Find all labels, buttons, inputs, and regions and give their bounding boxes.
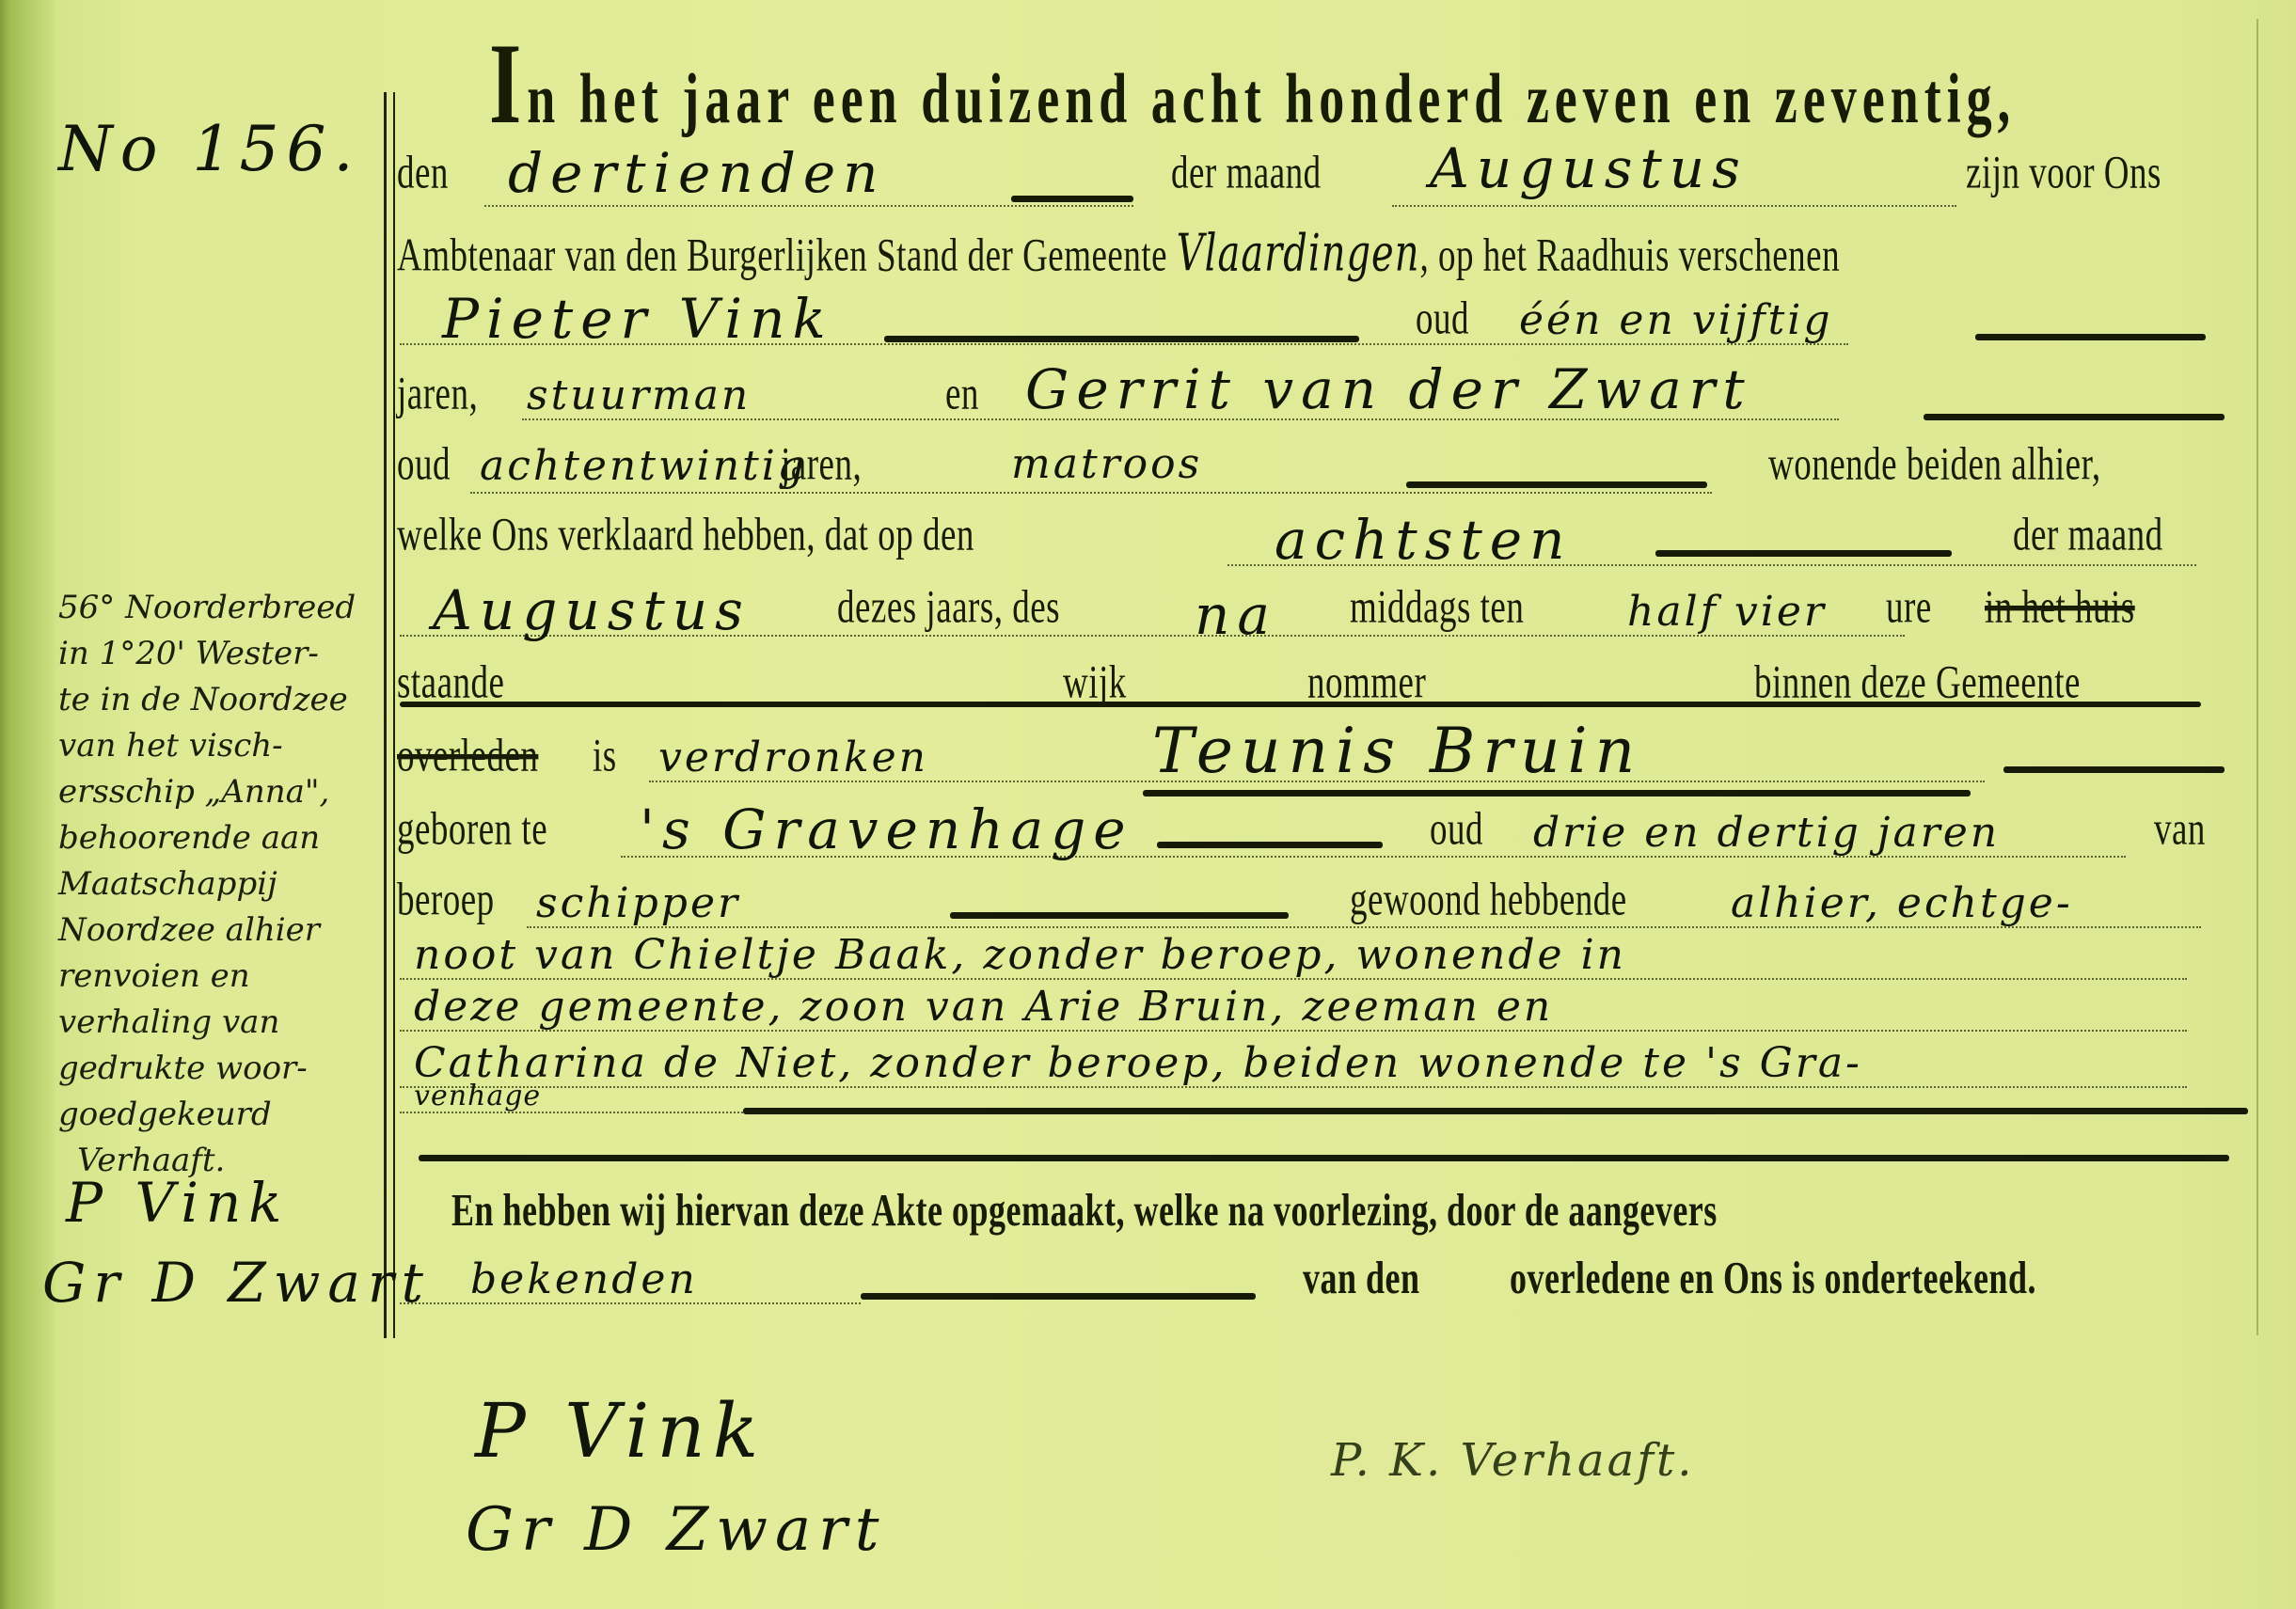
margin-note-line: Noordzee alhier [58, 907, 378, 954]
closing-overledene: overledene en Ons is onderteekend. [1510, 1251, 2036, 1304]
line1-dots2 [1392, 205, 1956, 207]
line7-struck-in-het-huis: in het huis [1985, 580, 2135, 635]
parents-line-c: venhage [414, 1080, 541, 1112]
deceased-underline [1143, 790, 1971, 797]
line2-text-b: , op het Raadhuis verschenen [1420, 229, 1841, 281]
line5-oud: oud [397, 437, 451, 492]
declarant1-age: één en vijftig [1519, 296, 1833, 344]
drop-cap: I [489, 21, 527, 149]
closing-text: En hebben wij hiervan deze Akte opgemaak… [451, 1183, 1718, 1237]
line4-en: en [945, 367, 979, 421]
title-line: IIn het jaar een duizend acht honderd ze… [489, 19, 2016, 151]
margin-note: 56° Noorderbreed in 1°20' Wester- te in … [58, 585, 378, 1184]
margin-note-line: renvoien en [58, 954, 378, 1000]
line5-fill-bar [1406, 481, 1707, 488]
line5-wonende: wonende beiden alhier, [1768, 437, 2101, 492]
municipality: Vlaardingen [1177, 225, 1420, 283]
residence-spouse-a: alhier, echtge- [1731, 879, 2073, 927]
margin-note-line: in 1°20' Wester- [58, 631, 378, 677]
line6-der-maand: der maand [2013, 508, 2163, 562]
line1-dots [484, 205, 1133, 207]
spouse-line: noot van Chieltje Baak, zonder beroep, w… [414, 931, 1626, 979]
declarant2-age: achtentwintig [480, 442, 807, 490]
line10-fill-bar [1157, 842, 1383, 848]
event-time: half vier [1627, 588, 1827, 636]
signature-vink: P Vink [475, 1387, 766, 1475]
line3-fill-bar [884, 336, 1359, 342]
margin-rule-outer [384, 92, 387, 1338]
line11-gewoond: gewoond hebbende [1350, 873, 1627, 927]
line6-fill-bar [1655, 550, 1952, 557]
line8-binnen: binnen deze Gemeente [1754, 655, 2081, 710]
parents-line-b: Catharina de Niet, zonder beroep, beiden… [414, 1039, 1862, 1087]
cause-of-death: verdronken [658, 734, 928, 781]
closing-bekenden: bekenden [470, 1255, 698, 1303]
line11-beroep: beroep [397, 873, 495, 927]
line9-overleden-struck: overleden [397, 729, 538, 783]
closing-van-den: van den [1303, 1251, 1420, 1304]
margin-note-line: behoorende aan [58, 815, 378, 861]
declarant2-name: Gerrit van der Zwart [1025, 357, 1752, 421]
margin-note-line: te in de Noordzee [58, 677, 378, 723]
line5-jaren: jaren, [781, 437, 862, 492]
line1-fill-bar [1011, 196, 1133, 202]
margin-note-line: gedrukte woor- [58, 1046, 378, 1092]
event-day: achtsten [1275, 508, 1572, 572]
margin-note-line: van het visch- [58, 723, 378, 769]
margin-note-line: goedgekeurd [58, 1092, 378, 1138]
line7-middags: middags ten [1350, 580, 1524, 635]
line3-fill-bar2 [1975, 334, 2206, 340]
event-na: na [1195, 583, 1277, 647]
declarant1-occupation: stuurman [527, 371, 751, 419]
line11-fill-bar [950, 912, 1289, 919]
line8-staande: staande [397, 655, 504, 710]
line10-geboren: geboren te [397, 802, 547, 857]
line8-nommer: nommer [1307, 655, 1426, 710]
deceased-name: Teunis Bruin [1152, 715, 1642, 787]
margin-signature-zwart: Gr D Zwart [42, 1251, 431, 1315]
signature-zwart: Gr D Zwart [466, 1495, 886, 1565]
parents-line-a: deze gemeente, zoon van Arie Bruin, zeem… [414, 983, 1553, 1031]
line15-fill-bar [743, 1108, 2248, 1114]
line4-fill-bar [1924, 414, 2225, 420]
line4-jaren: jaren, [397, 367, 478, 421]
line3-oud: oud [1416, 292, 1469, 346]
declarant1-name: Pieter Vink [442, 287, 833, 351]
line1-zijn-voor-ons: zijn voor Ons [1966, 146, 2161, 200]
line2-ambtenaar: Ambtenaar van den Burgerlijken Stand der… [397, 225, 1840, 283]
title-rest: n het jaar een duizend acht honderd zeve… [527, 59, 2016, 138]
record-number: No 156. [58, 113, 360, 185]
margin-note-line: 56° Noorderbreed [58, 585, 378, 631]
line1-den: den [397, 146, 449, 200]
line2-text-a: Ambtenaar van den Burgerlijken Stand der… [397, 229, 1167, 281]
closing-fill-bar [861, 1293, 1256, 1300]
deceased-occupation: schipper [536, 879, 740, 927]
date-month: Augustus [1430, 136, 1748, 200]
line10-van: van [2154, 802, 2206, 857]
line9-fill-bar [2003, 766, 2225, 773]
line6-welke: welke Ons verklaard hebben, dat op den [397, 508, 974, 562]
event-month: Augustus [433, 578, 751, 642]
book-spine-shadow [0, 0, 56, 1609]
line1-der-maand: der maand [1171, 146, 1322, 200]
birthplace: 's Gravenhage [640, 797, 1133, 861]
line7-dezes: dezes jaars, des [837, 580, 1060, 635]
line8-wijk: wijk [1063, 655, 1127, 710]
margin-note-line: ersschip „Anna", [58, 769, 378, 815]
margin-note-line: Maatschappij [58, 861, 378, 907]
signature-registrar: P. K. Verhaaft. [1331, 1434, 1695, 1487]
date-day: dertienden [508, 141, 886, 205]
deceased-age: drie en dertig jaren [1533, 809, 2000, 857]
line5-dots [470, 492, 1712, 494]
facing-page-edge [2256, 19, 2296, 1335]
line10-oud: oud [1430, 802, 1483, 857]
margin-signature-vink: P Vink [66, 1171, 289, 1235]
declarant2-occupation: matroos [1011, 440, 1202, 488]
closing-rule [419, 1155, 2229, 1161]
line9-is: is [593, 729, 617, 783]
margin-rule-inner [393, 92, 395, 1338]
line7-ure: ure [1886, 580, 1932, 635]
margin-note-line: verhaling van [58, 1000, 378, 1046]
